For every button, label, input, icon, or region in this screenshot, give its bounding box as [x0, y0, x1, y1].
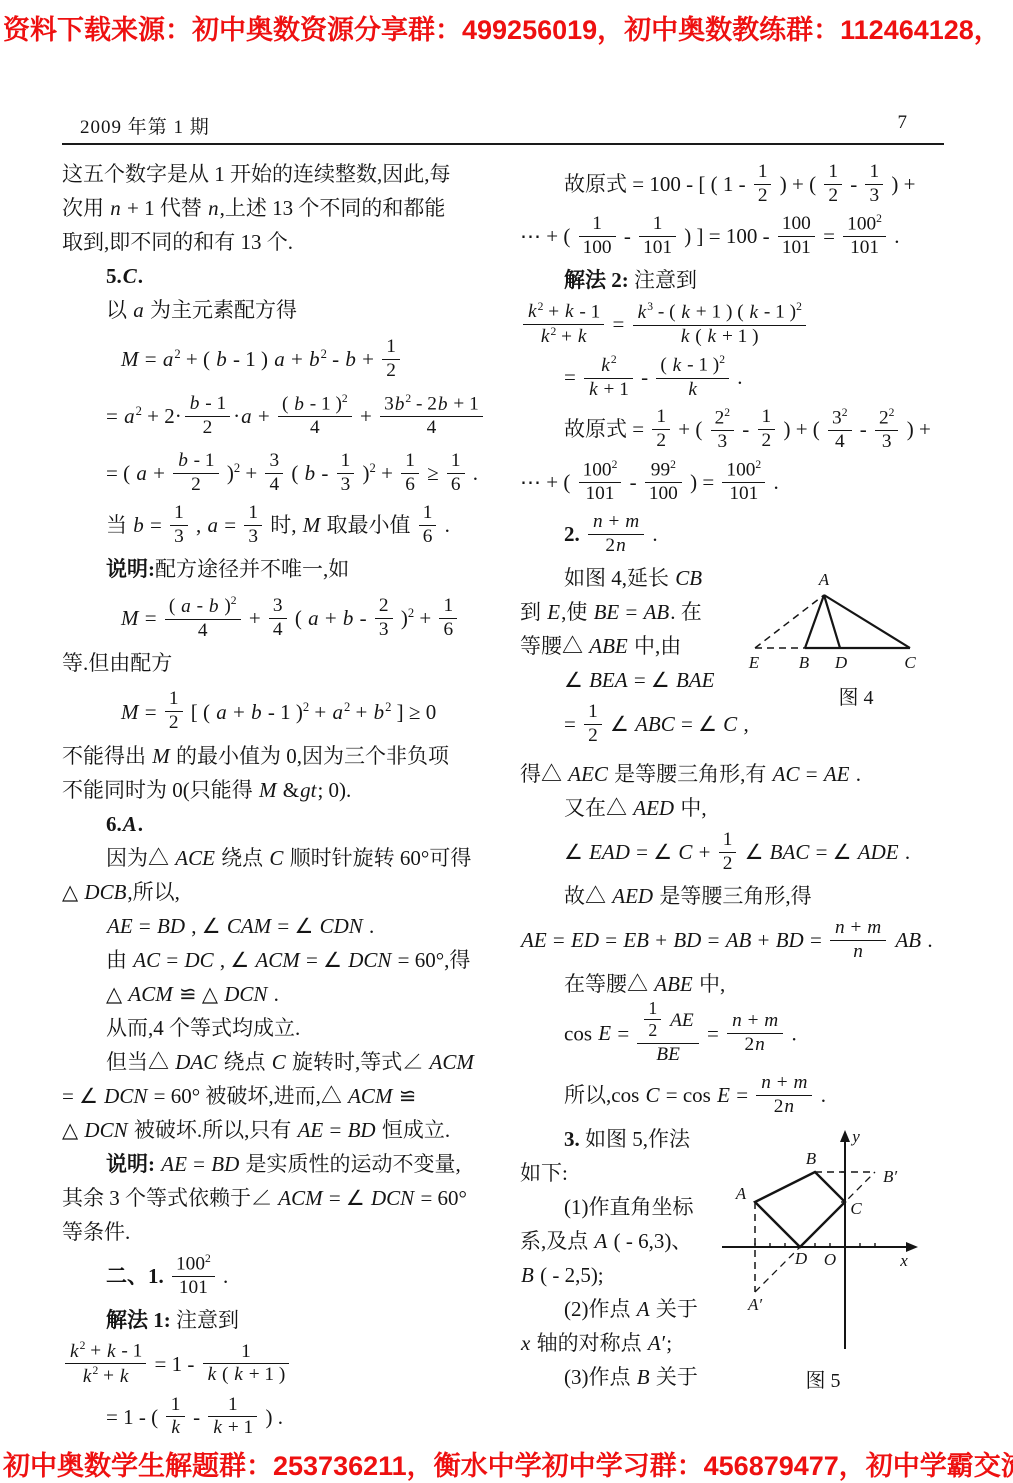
formula-line: cos E = 12 AEBE = n + m2n . — [520, 1003, 980, 1068]
text-line: 次用 n + 1 代替 n,上述 13 个不同的和都能 — [62, 191, 514, 225]
text-line: 因为△ ACE 绕点 C 顺时针旋转 60°可得 — [62, 841, 514, 875]
text-line: △ DCB,所以, — [62, 875, 514, 909]
formula-line: = k2k + 1 - ( k - 1 )2k . — [520, 352, 980, 402]
text-line: 由 AC = DC , ∠ ACM = ∠ DCN = 60°,得 — [62, 943, 514, 977]
right-column-middle: 得△ AEC 是等腰三角形,有 AC = AE .又在△ AED 中,∠ EAD… — [520, 757, 980, 1120]
scanned-journal-page: 资料下载来源：初中奥数资源分享群：499256019，初中奥数教练群：11246… — [0, 0, 1013, 1483]
text-line: 取到,即不同的和有 13 个. — [62, 225, 514, 259]
fig4-label-B: B — [799, 653, 810, 672]
formula-line: k2 + k - 1k2 + k = k3 - ( k + 1 ) ( k - … — [520, 299, 980, 350]
fig5-label-A: A — [735, 1184, 747, 1203]
text-line: 其余 3 个等式依赖于∠ ACM = ∠ DCN = 60° — [62, 1181, 514, 1215]
text-line: 6.A. — [62, 807, 514, 841]
text-line: 解法 2: 注意到 — [520, 263, 980, 297]
formula-line: ⋯ + ( 1002101 - 992100 ) = 1002101 . — [520, 457, 980, 507]
formula-line: ⋯ + ( 1100 - 1101 ) ] = 100 - 100101 = 1… — [520, 211, 980, 261]
fig4-label-A: A — [818, 570, 830, 589]
formula-line: 故原式 = 12 + ( 223 - 12 ) + ( 324 - 223 ) … — [520, 404, 980, 454]
fig4-label-E: E — [748, 653, 760, 672]
figure4: A E B D C 图 4 — [742, 565, 970, 710]
journal-issue: 2009 年第 1 期 — [80, 112, 210, 139]
formula-line: = ( a + b - 12 )2 + 34 ( b - 13 )2 + 16 … — [62, 443, 514, 498]
text-line: 在等腰△ ABE 中, — [520, 967, 980, 1001]
text-line: AE = BD , ∠ CAM = ∠ CDN . — [62, 909, 514, 943]
formula-line: M = 12 [ ( a + b - 1 )2 + a2 + b2 ] ≥ 0 — [62, 682, 514, 737]
page-header: 2009 年第 1 期 7 — [80, 112, 908, 139]
text-line: 说明:配方途径并不唯一,如 — [62, 552, 514, 586]
page-number: 7 — [898, 112, 909, 139]
fig4-label-C: C — [904, 653, 916, 672]
fig5-label-B: B — [806, 1149, 817, 1168]
text-line: 这五个数字是从 1 开始的连续整数,因此,每 — [62, 157, 514, 191]
text-line: 故△ AED 是等腰三角形,得 — [520, 879, 980, 913]
formula-line: 二、1. 1002101 . — [62, 1251, 514, 1301]
formula-line: ∠ EAD = ∠ C + 12 ∠ BAC = ∠ ADE . — [520, 827, 980, 877]
fig5-label-O: O — [824, 1250, 836, 1269]
text-line: 但当△ DAC 绕点 C 旋转时,等式∠ ACM — [62, 1045, 514, 1079]
figure4-svg: A E B D C — [742, 565, 970, 673]
right-column-top: 故原式 = 100 - [ ( 1 - 12 ) + ( 12 - 13 ) +… — [520, 159, 980, 559]
text-line: △ ACM ≌ △ DCN . — [62, 977, 514, 1011]
text-line: 又在△ AED 中, — [520, 791, 980, 825]
fig5-label-D: D — [794, 1249, 808, 1268]
formula-line: AE = ED = EB + BD = AB + BD = n + mn AB … — [520, 915, 980, 965]
left-column: 这五个数字是从 1 开始的连续整数,因此,每次用 n + 1 代替 n,上述 1… — [62, 157, 514, 1444]
text-line: 解法 1: 注意到 — [62, 1303, 514, 1337]
text-line: 说明: AE = BD 是实质性的运动不变量, — [62, 1147, 514, 1181]
top-red-banner: 资料下载来源：初中奥数资源分享群：499256019，初中奥数教练群：11246… — [3, 8, 1013, 47]
text-line: 不能得出 M 的最小值为 0,因为三个非负项 — [62, 739, 514, 773]
figure5-svg: A B C D O A′ B′ x y — [708, 1124, 1013, 1356]
text-line: 等条件. — [62, 1215, 514, 1249]
figure5-zone: 3. 如图 5,作法如下:(1)作直角坐标系,及点 A ( - 6,3)、B (… — [520, 1122, 980, 1394]
text-line: 等.但由配方 — [62, 646, 514, 680]
formula-line: M = a2 + ( b - 1 ) a + b2 - b + 12 — [62, 329, 514, 384]
text-line: = ∠ DCN = 60° 被破坏,进而,△ ACM ≌ — [62, 1079, 514, 1113]
fig5-y-axis-label: y — [850, 1127, 860, 1146]
formula-line: 故原式 = 100 - [ ( 1 - 12 ) + ( 12 - 13 ) + — [520, 159, 980, 209]
formula-line: = 1 - ( 1k - 1k + 1 ) . — [62, 1392, 514, 1442]
fig5-label-B-prime: B′ — [883, 1167, 897, 1186]
text-line: 得△ AEC 是等腰三角形,有 AC = AE . — [520, 757, 980, 791]
formula-line: 2. n + m2n . — [520, 509, 980, 559]
formula-line: 所以,cos C = cos E = n + m2n . — [520, 1070, 980, 1120]
right-column: 故原式 = 100 - [ ( 1 - 12 ) + ( 12 - 13 ) +… — [520, 157, 980, 1394]
fig5-x-axis-label: x — [899, 1251, 908, 1270]
figure5: A B C D O A′ B′ x y 图 5 — [708, 1124, 1013, 1393]
text-line: 如下: — [520, 1156, 716, 1190]
text-line: △ DCN 被破坏.所以,只有 AE = BD 恒成立. — [62, 1113, 514, 1147]
text-line: 系,及点 A ( - 6,3)、 — [520, 1224, 716, 1258]
formula-line: k2 + k - 1k2 + k = 1 - 1k ( k + 1 ) — [62, 1339, 514, 1390]
text-line: 等腰△ ABE 中,由 — [520, 629, 746, 663]
fig4-label-D: D — [834, 653, 848, 672]
text-line: 到 E,使 BE = AB. 在 — [520, 595, 746, 629]
text-line: x 轴的对称点 A′; — [520, 1326, 716, 1360]
text-line: B ( - 2,5); — [520, 1258, 716, 1292]
figure4-caption: 图 4 — [742, 681, 970, 710]
text-line: 5.C. — [62, 259, 514, 293]
text-line: 不能同时为 0(只能得 M &gt; 0). — [62, 773, 514, 807]
figure5-caption: 图 5 — [708, 1364, 938, 1393]
formula-line: 当 b = 13 , a = 13 时, M 取最小值 16 . — [62, 500, 514, 550]
text-line: 以 a 为主元素配方得 — [62, 293, 514, 327]
fig5-label-A-prime: A′ — [747, 1295, 762, 1314]
figure4-zone: 如图 4,延长 CB到 E,使 BE = AB. 在等腰△ ABE 中,由∠ B… — [520, 561, 980, 757]
bottom-red-banner: 初中奥数学生解题群：253736211，衡水中学初中学习群：456879477，… — [3, 1444, 1013, 1483]
header-rule — [62, 143, 944, 145]
formula-line: M = ( a - b )24 + 34 ( a + b - 23 )2 + 1… — [62, 588, 514, 643]
fig5-label-C: C — [850, 1199, 862, 1218]
formula-line: = a2 + 2·b - 12·a + ( b - 1 )24 + 3b2 - … — [62, 386, 514, 441]
text-line: 从而,4 个等式均成立. — [62, 1011, 514, 1045]
